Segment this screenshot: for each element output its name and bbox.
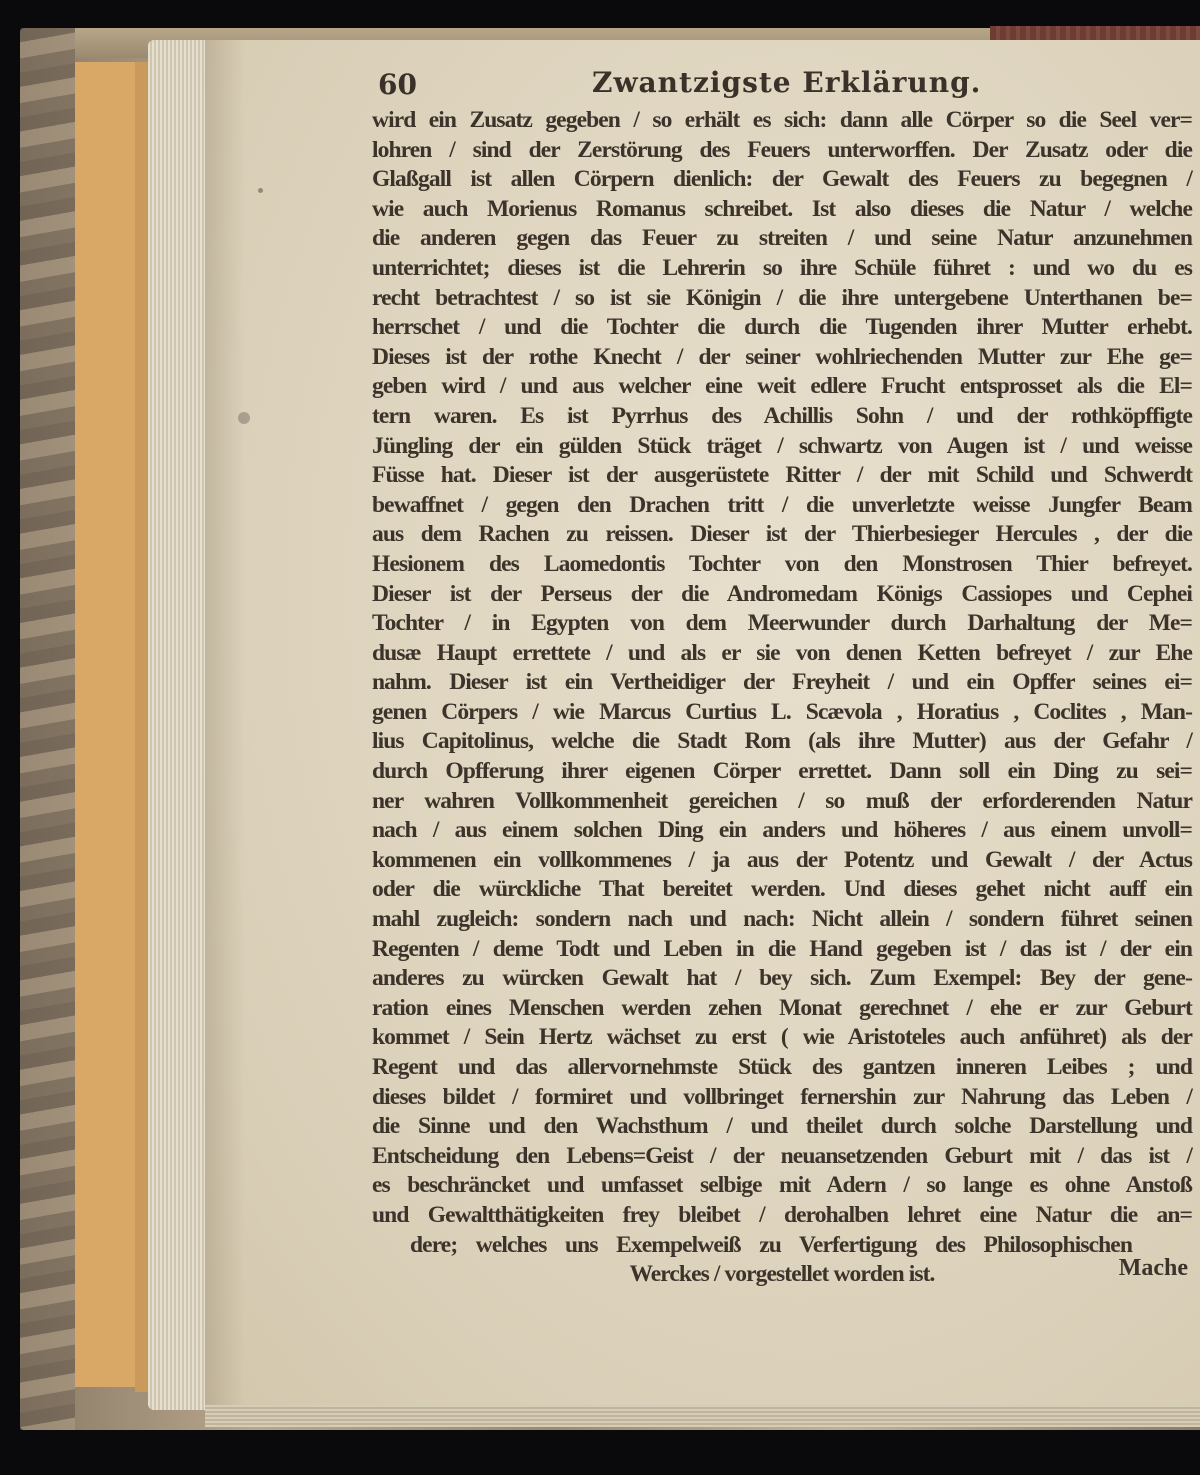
text-line: geben wird / und aus welcher eine weit e… [372, 372, 1192, 402]
text-line: bewaffnet / gegen den Drachen tritt / di… [372, 491, 1192, 521]
text-line: Dieser ist der Perseus der die Andromeda… [372, 580, 1192, 610]
text-line: dusæ Haupt errettete / und als er sie vo… [372, 639, 1192, 669]
text-line: dere; welches uns Exempelweiß zu Verfert… [372, 1231, 1192, 1261]
page-gutter-shadow [205, 40, 245, 1410]
text-line: und Gewaltthätigkeiten frey bleibet / de… [372, 1201, 1192, 1231]
text-line: recht betrachtest / so ist sie Königin /… [372, 284, 1192, 314]
text-line: ner wahren Vollkommenheit gereichen / so… [372, 787, 1192, 817]
text-line: Glaßgall ist allen Cörpern dienlich: der… [372, 165, 1192, 195]
text-line: es beschräncket und umfasset selbige mit… [372, 1171, 1192, 1201]
text-line: Regenten / deme Todt und Leben in die Ha… [372, 935, 1192, 965]
running-head: 60 Zwantzigste Erklärung. [372, 64, 1192, 106]
text-line: Regent und das allervornehmste Stück des… [372, 1053, 1192, 1083]
page-number: 60 [378, 68, 417, 101]
page-text-block: 60 Zwantzigste Erklärung. wird ein Zusat… [372, 64, 1192, 1290]
text-line: wie auch Morienus Romanus schreibet. Ist… [372, 195, 1192, 225]
marbled-cover-spine [20, 28, 75, 1430]
paper-stain [238, 412, 250, 424]
text-line: Entscheidung den Lebens=Geist / der neua… [372, 1142, 1192, 1172]
text-line: lius Capitolinus, welche die Stadt Rom (… [372, 727, 1192, 757]
text-line: mahl zugleich: sondern nach und nach: Ni… [372, 905, 1192, 935]
text-line: Jüngling der ein gülden Stück träget / s… [372, 432, 1192, 462]
text-line: Dieses ist der rothe Knecht / der seiner… [372, 343, 1192, 373]
text-line: kommenen ein vollkommenes / ja aus der P… [372, 846, 1192, 876]
text-line: durch Opfferung ihrer eigenen Cörper err… [372, 757, 1192, 787]
text-line: anderes zu würcken Gewalt hat / bey sich… [372, 964, 1192, 994]
text-line: die anderen gegen das Feuer zu streiten … [372, 224, 1192, 254]
text-line: oder die würckliche That bereitet werden… [372, 875, 1192, 905]
text-line: Tochter / in Egypten von dem Meerwunder … [372, 609, 1192, 639]
text-line: Füsse hat. Dieser ist der ausgerüstete R… [372, 461, 1192, 491]
text-line: wird ein Zusatz gegeben / so erhält es s… [372, 106, 1192, 136]
text-line: unterrichtet; dieses ist die Lehrerin so… [372, 254, 1192, 284]
text-line: kommet / Sein Hertz wächset zu erst ( wi… [372, 1023, 1192, 1053]
text-line: ration eines Menschen werden zehen Monat… [372, 994, 1192, 1024]
text-line: lohren / sind der Zerstörung des Feuers … [372, 136, 1192, 166]
text-line: dieses bildet / formiret und vollbringet… [372, 1083, 1192, 1113]
catchword: Mache [1119, 1255, 1188, 1282]
text-line: nach / aus einem solchen Ding ein anders… [372, 816, 1192, 846]
text-line: die Sinne und den Wachsthum / und theile… [372, 1112, 1192, 1142]
page-stack-edge [148, 40, 210, 1410]
text-line: Hesionem des Laomedontis Tochter von den… [372, 550, 1192, 580]
text-line: aus dem Rachen zu reissen. Dieser ist de… [372, 520, 1192, 550]
ink-speck [258, 188, 263, 193]
text-line: tern waren. Es ist Pyrrhus des Achillis … [372, 402, 1192, 432]
running-title: Zwantzigste Erklärung. [592, 66, 981, 99]
text-line: nahm. Dieser ist ein Vertheidiger der Fr… [372, 668, 1192, 698]
text-line: genen Cörpers / wie Marcus Curtius L. Sc… [372, 698, 1192, 728]
text-line: herrschet / und die Tochter die durch di… [372, 313, 1192, 343]
page-bottom-edge [205, 1405, 1200, 1427]
text-line: Werckes / vorgestellet worden ist. [372, 1260, 1192, 1290]
body-text: wird ein Zusatz gegeben / so erhält es s… [372, 106, 1192, 1290]
